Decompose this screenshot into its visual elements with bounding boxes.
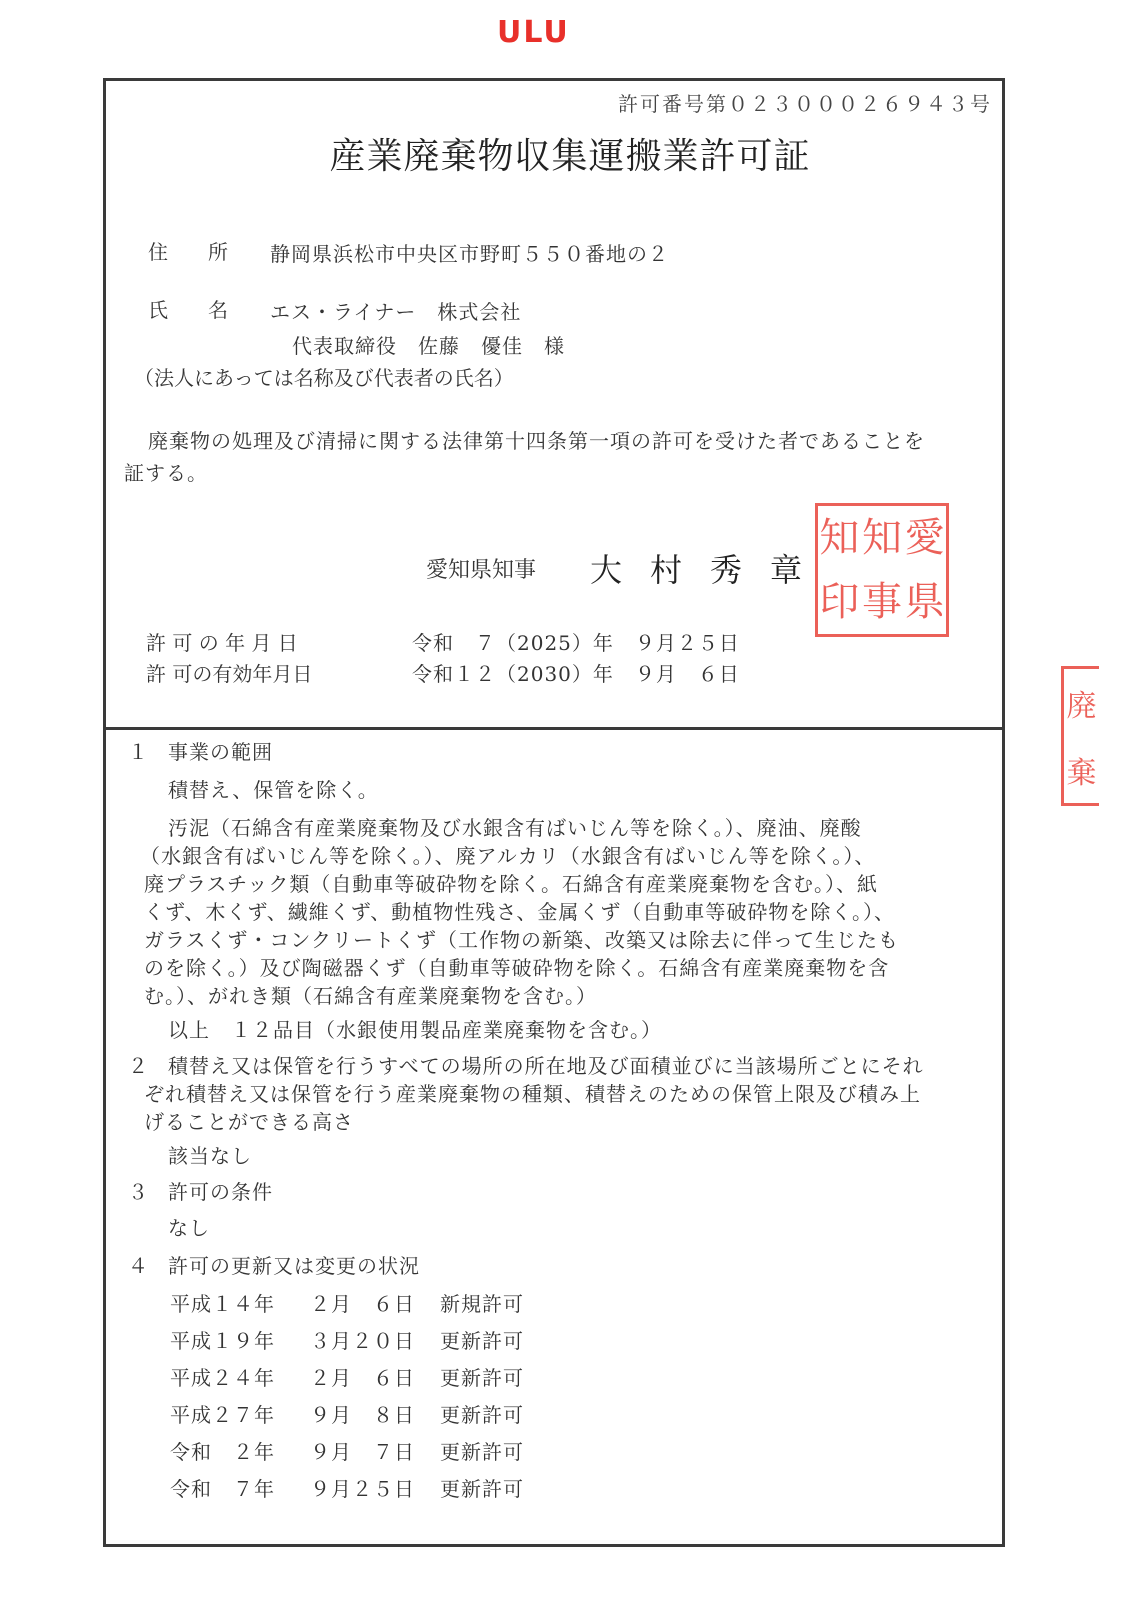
seal-char: 愛: [903, 518, 946, 558]
history-year: 平成１４年: [170, 1288, 310, 1317]
section-2-line: ぞれ積替え又は保管を行う産業廃棄物の種類、積替えのための保管上限及び積み上: [144, 1080, 921, 1108]
history-date: ９月 ７日: [310, 1436, 440, 1465]
holder-note: （法人にあっては名称及び代表者の氏名）: [134, 362, 514, 391]
certification-line-1: 廃棄物の処理及び清掃に関する法律第十四条第一項の許可を受けた者であることを: [148, 424, 925, 458]
issuer-title: 愛知県知事: [426, 553, 536, 584]
issuer-name: 大村秀章: [590, 545, 830, 591]
section-2-value: 該当なし: [168, 1142, 252, 1170]
history-type: 更新許可: [440, 1473, 524, 1502]
section-4-title: 許可の更新又は変更の状況: [168, 1252, 420, 1280]
section-1-title: 事業の範囲: [168, 738, 273, 766]
certificate-title: 産業廃棄物収集運搬業許可証: [0, 128, 1140, 179]
red-top-mark: ULU: [497, 20, 587, 46]
history-year: 平成１９年: [170, 1325, 310, 1354]
section-3-number: ３: [128, 1178, 149, 1206]
name-label: 氏 名: [148, 294, 228, 323]
address-label: 住 所: [148, 236, 228, 265]
history-date: ９月２５日: [310, 1473, 440, 1502]
section-divider: [103, 727, 1005, 730]
valid-until-label: 許 可の有効年月日: [146, 658, 312, 687]
section-1-number: １: [128, 738, 149, 766]
section-2-number: ２: [128, 1052, 149, 1080]
history-year: 平成２７年: [170, 1399, 310, 1428]
history-row: 令和 ７年９月２５日更新許可: [170, 1473, 524, 1502]
history-year: 令和 ２年: [170, 1436, 310, 1465]
governor-seal-icon: 知 知 愛 印 事 県: [815, 503, 949, 637]
section-1-total: 以上 １２品目（水銀使用製品産業廃棄物を含む。）: [168, 1016, 662, 1044]
history-type: 新規許可: [440, 1288, 524, 1317]
company-name: エス・ライナー 株式会社: [270, 296, 521, 325]
permit-number: 許可番号第０２３０００２６９４３号: [618, 88, 992, 117]
seal-char: 知: [861, 518, 904, 558]
section-2-line: げることができる高さ: [144, 1108, 354, 1136]
history-row: 平成２７年９月 ８日更新許可: [170, 1399, 524, 1428]
section-2-line: 積替え又は保管を行うすべての場所の所在地及び面積並びに当該場所ごとにそれ: [168, 1052, 924, 1080]
seal-char: 知: [818, 518, 861, 558]
history-row: 平成１４年２月 ６日新規許可: [170, 1288, 524, 1317]
history-type: 更新許可: [440, 1399, 524, 1428]
waste-list-line: 廃プラスチック類（自動車等破砕物を除く。石綿含有産業廃棄物を含む。）、紙: [144, 870, 878, 898]
history-date: ２月 ６日: [310, 1362, 440, 1391]
waste-list-line: のを除く。）及び陶磁器くず（自動車等破砕物を除く。石綿含有産業廃棄物を含: [144, 954, 889, 982]
permit-date-label: 許 可 の 年 月 日: [146, 627, 298, 656]
side-seal-icon: 廃 棄: [1061, 666, 1099, 806]
history-year: 平成２４年: [170, 1362, 310, 1391]
history-row: 平成２４年２月 ６日更新許可: [170, 1362, 524, 1391]
history-type: 更新許可: [440, 1362, 524, 1391]
waste-list-line: 汚泥（石綿含有産業廃棄物及び水銀含有ばいじん等を除く。）、廃油、廃酸: [168, 814, 862, 842]
history-year: 令和 ７年: [170, 1473, 310, 1502]
permit-date-value: 令和 ７（2025）年 ９月２５日: [412, 627, 740, 656]
certification-line-2: 証する。: [124, 456, 208, 490]
section-1-exclusion: 積替え、保管を除く。: [168, 776, 379, 804]
section-4-number: ４: [128, 1252, 149, 1280]
waste-list-line: む。）、がれき類（石綿含有産業廃棄物を含む。）: [144, 982, 597, 1010]
history-row: 令和 ２年９月 ７日更新許可: [170, 1436, 524, 1465]
section-3-value: なし: [168, 1214, 210, 1242]
valid-until-value: 令和１２（2030）年 ９月 ６日: [412, 658, 740, 687]
representative-name: 代表取締役 佐藤 優佳 様: [292, 330, 565, 359]
seal-char: 県: [903, 582, 946, 622]
history-type: 更新許可: [440, 1436, 524, 1465]
waste-list-line: （水銀含有ばいじん等を除く。）、廃アルカリ（水銀含有ばいじん等を除く。）、: [140, 842, 875, 870]
history-date: ３月２０日: [310, 1325, 440, 1354]
history-type: 更新許可: [440, 1325, 524, 1354]
address-value: 静岡県浜松市中央区市野町５５０番地の２: [270, 238, 669, 267]
history-date: ２月 ６日: [310, 1288, 440, 1317]
waste-list-line: くず、木くず、繊維くず、動植物性残さ、金属くず（自動車等破砕物を除く。）、: [144, 898, 895, 926]
history-row: 平成１９年３月２０日更新許可: [170, 1325, 524, 1354]
seal-char: 印: [818, 582, 861, 622]
waste-list-line: ガラスくず・コンクリートくず（工作物の新築、改築又は除去に伴って生じたも: [144, 926, 899, 954]
section-3-title: 許可の条件: [168, 1178, 273, 1206]
side-seal-char: 廃: [1067, 681, 1097, 725]
side-seal-char: 棄: [1067, 748, 1097, 792]
seal-char: 事: [861, 582, 904, 622]
history-date: ９月 ８日: [310, 1399, 440, 1428]
